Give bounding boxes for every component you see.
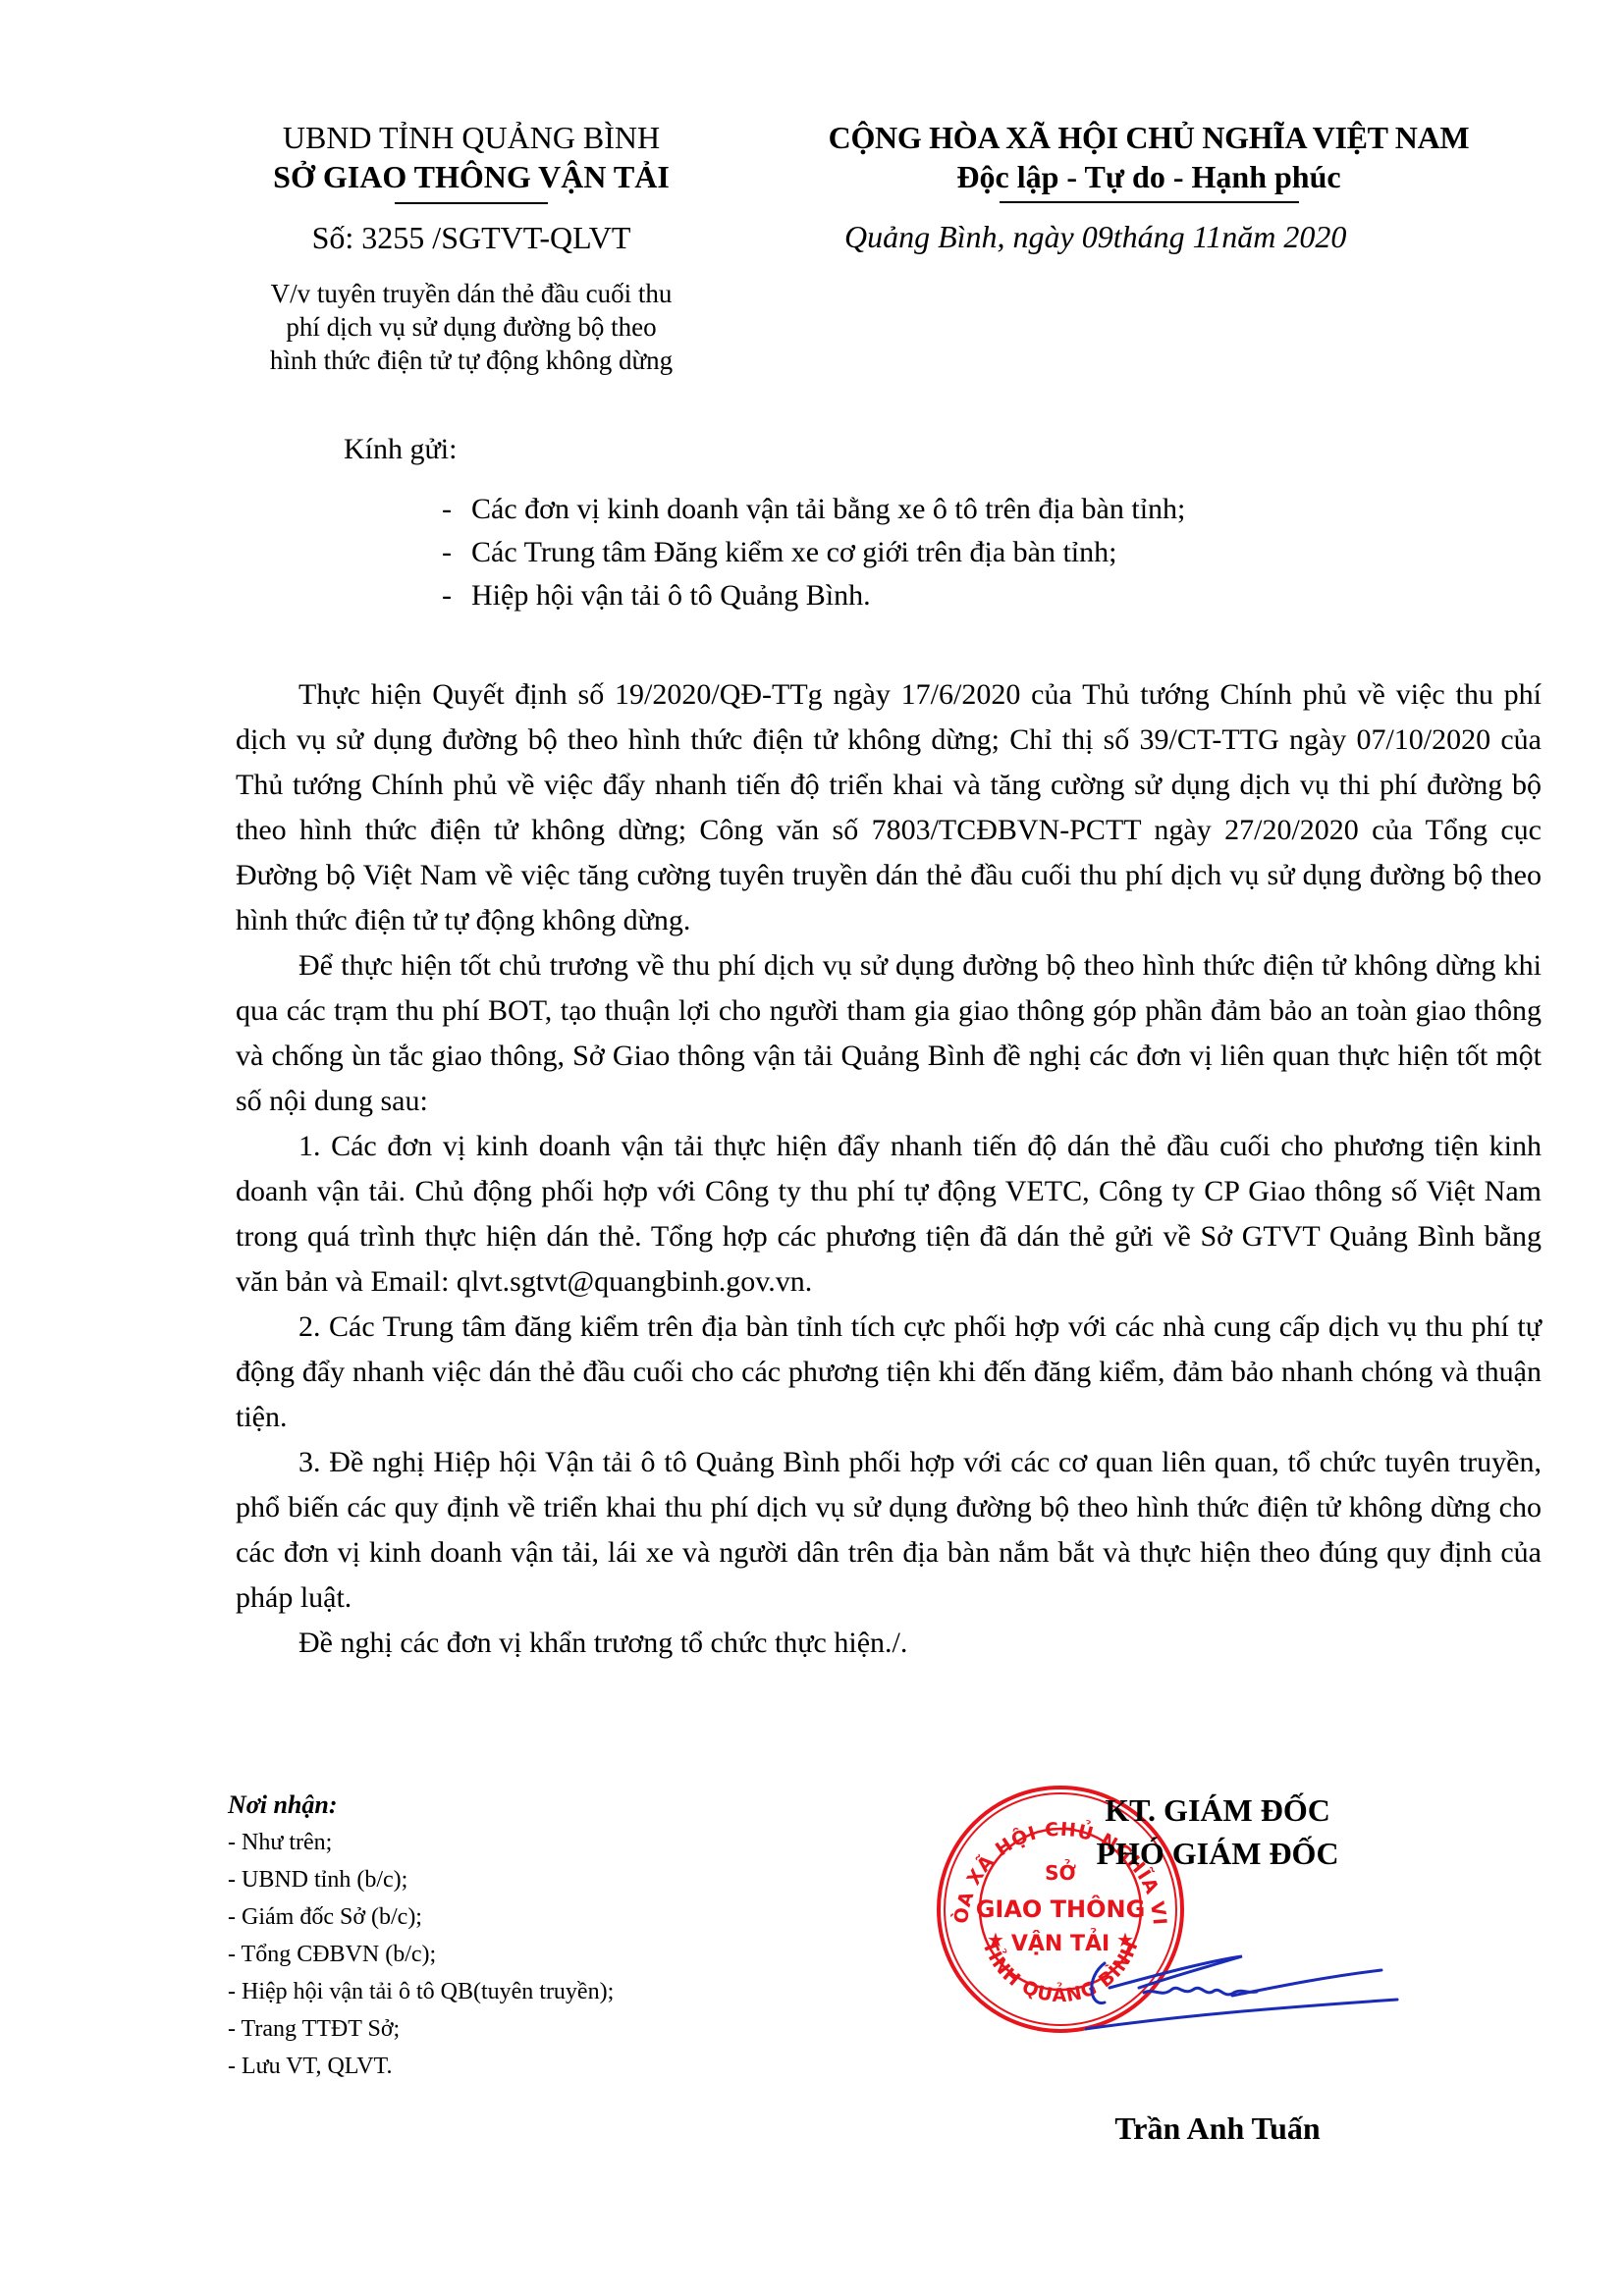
cc-item: - Lưu VT, QLVT. <box>228 2048 614 2085</box>
body-paragraph: Thực hiện Quyết định số 19/2020/QĐ-TTg n… <box>236 672 1542 943</box>
svg-text:★: ★ <box>987 1928 1004 1951</box>
document-number: Số: 3255 /SGTVT-QLVT <box>211 218 731 257</box>
body-closing: Đề nghị các đơn vị khẩn trương tổ chức t… <box>236 1621 1542 1666</box>
subject-line: hình thức điện tử tự động không dừng <box>211 344 731 377</box>
place-date: Quảng Bình, ngày 09tháng 11năm 2020 <box>766 217 1532 256</box>
issuing-agency-header: UBND TỈNH QUẢNG BÌNH SỞ GIAO THÔNG VẬN T… <box>211 118 731 377</box>
national-motto: Độc lập - Tự do - Hạnh phúc <box>766 157 1532 196</box>
cc-item: - Như trên; <box>228 1824 614 1861</box>
addressee-label: Kính gửi: <box>344 430 457 469</box>
cc-item: - UBND tỉnh (b/c); <box>228 1861 614 1898</box>
header-divider <box>395 202 548 204</box>
svg-text:GIAO THÔNG: GIAO THÔNG <box>976 1894 1146 1923</box>
document-subject: V/v tuyên truyền dán thẻ đầu cuối thu ph… <box>211 277 731 377</box>
signature-block: KT. GIÁM ĐỐC PHÓ GIÁM ĐỐC Trần Anh Tuấn <box>982 1789 1453 1875</box>
signer-role-secondary: PHÓ GIÁM ĐỐC <box>982 1832 1453 1875</box>
cc-title: Nơi nhận: <box>228 1787 614 1824</box>
subject-line: V/v tuyên truyền dán thẻ đầu cuối thu <box>211 277 731 310</box>
addressee-item: -Các đơn vị kinh doanh vận tải bằng xe ô… <box>442 488 1185 531</box>
addressee-item: -Hiệp hội vận tải ô tô Quảng Bình. <box>442 574 1185 617</box>
cc-item: - Giám đốc Sở (b/c); <box>228 1898 614 1936</box>
signer-name: Trần Anh Tuấn <box>982 2110 1453 2147</box>
addressee-item: -Các Trung tâm Đăng kiểm xe cơ giới trên… <box>442 531 1185 574</box>
body-paragraph: Để thực hiện tốt chủ trương về thu phí d… <box>236 943 1542 1124</box>
handwritten-signature-icon <box>1085 1949 1409 2037</box>
cc-recipients: Nơi nhận: - Như trên; - UBND tỉnh (b/c);… <box>228 1787 614 2085</box>
national-title: CỘNG HÒA XÃ HỘI CHỦ NGHĨA VIỆT NAM <box>766 118 1532 157</box>
addressee-list: -Các đơn vị kinh doanh vận tải bằng xe ô… <box>442 488 1185 617</box>
parent-agency: UBND TỈNH QUẢNG BÌNH <box>211 118 731 157</box>
body-paragraph-item-3: 3. Đề nghị Hiệp hội Vận tải ô tô Quảng B… <box>236 1440 1542 1621</box>
cc-item: - Trang TTĐT Sở; <box>228 2010 614 2048</box>
agency-name: SỞ GIAO THÔNG VẬN TẢI <box>211 157 731 196</box>
body-paragraph-item-1: 1. Các đơn vị kinh doanh vận tải thực hi… <box>236 1124 1542 1305</box>
national-header: CỘNG HÒA XÃ HỘI CHỦ NGHĨA VIỆT NAM Độc l… <box>766 118 1532 256</box>
signer-role-primary: KT. GIÁM ĐỐC <box>982 1789 1453 1832</box>
cc-item: - Tổng CĐBVN (b/c); <box>228 1936 614 1973</box>
body-paragraph-item-2: 2. Các Trung tâm đăng kiểm trên địa bàn … <box>236 1305 1542 1440</box>
cc-item: - Hiệp hội vận tải ô tô QB(tuyên truyền)… <box>228 1973 614 2010</box>
subject-line: phí dịch vụ sử dụng đường bộ theo <box>211 310 731 344</box>
document-body: Thực hiện Quyết định số 19/2020/QĐ-TTg n… <box>236 672 1542 1666</box>
motto-divider <box>1000 201 1299 203</box>
